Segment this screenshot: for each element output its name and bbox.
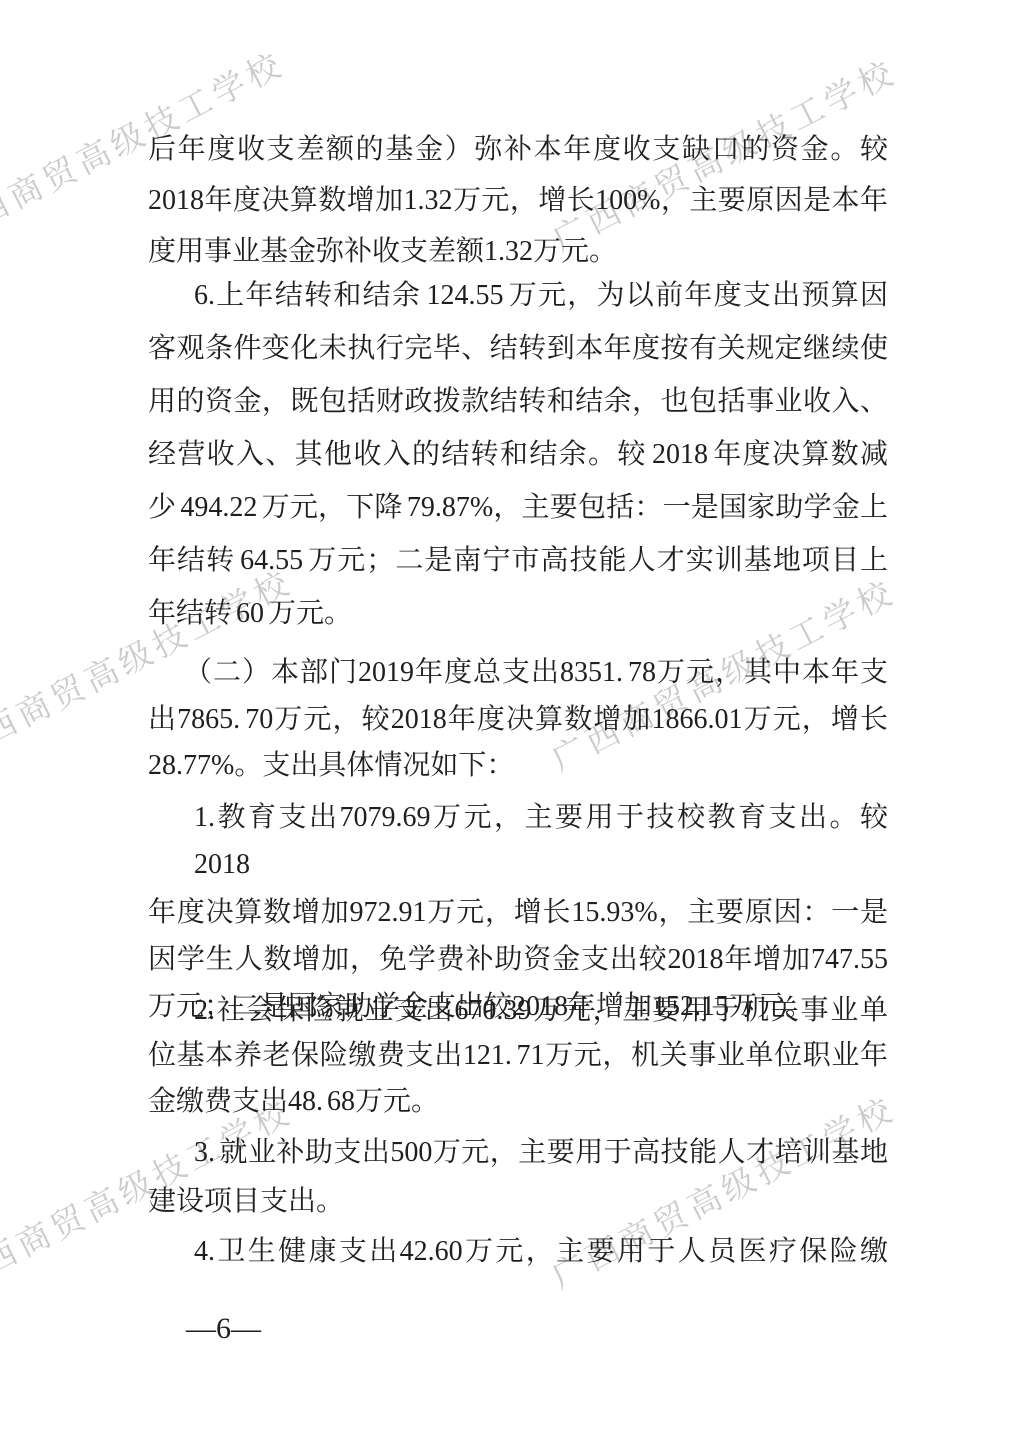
text-line: 经营收入、其他收入的结转和结余。较 2018 年度决算数减	[148, 428, 888, 481]
paragraph: 4.卫生健康支出42.60万元，主要用于人员医疗保险缴	[148, 1227, 888, 1276]
text-line: 出7865. 70万元，较2018年度决算数增加1866.01万元，增长	[148, 697, 888, 744]
text-line: 4.卫生健康支出42.60万元，主要用于人员医疗保险缴	[148, 1227, 888, 1276]
text-line: 后年度收支差额的基金）弥补本年度收支缺口的资金。较	[148, 124, 888, 175]
text-line: 年结转 60 万元。	[148, 587, 888, 640]
paragraph: 后年度收支差额的基金）弥补本年度收支缺口的资金。较 2018年度决算数增加1.3…	[148, 124, 888, 277]
text-line: 年结转 64.55 万元；二是南宁市高技能人才实训基地项目上	[148, 534, 888, 587]
document-page: 广西商贸高级技工学校 广西商贸高级技工学校 广西商贸高级技工学校 广西商贸高级技…	[0, 0, 1025, 1449]
paragraph: 6.上年结转和结余 124.55 万元，为以前年度支出预算因 客观条件变化未执行…	[148, 269, 888, 640]
text-line: 1.教育支出7079.69万元，主要用于技校教育支出。较2018	[148, 794, 888, 889]
text-line: 2018年度决算数增加1.32万元，增长100%，主要原因是本年	[148, 175, 888, 226]
text-line: 6.上年结转和结余 124.55 万元，为以前年度支出预算因	[148, 269, 888, 322]
text-line: 28.77%。支出具体情况如下：	[148, 743, 888, 790]
text-line: 年度决算数增加972.91万元，增长15.93%，主要原因：一是	[148, 889, 888, 936]
text-line: 3. 就业补助支出500万元，主要用于高技能人才培训基地	[148, 1128, 888, 1177]
paragraph: （二）本部门2019年度总支出8351. 78万元，其中本年支 出7865. 7…	[148, 650, 888, 790]
text-line: 客观条件变化未执行完毕、结转到本年度按有关规定继续使	[148, 322, 888, 375]
text-line: 位基本养老保险缴费支出121. 71万元，机关事业单位职业年	[148, 1033, 888, 1078]
text-line: 少 494.22 万元，下降 79.87%，主要包括：一是国家助学金上	[148, 481, 888, 534]
page-number: —6—	[186, 1312, 261, 1346]
text-line: （二）本部门2019年度总支出8351. 78万元，其中本年支	[148, 650, 888, 697]
paragraph: 2.社会保险就业支出670.39万元，主要用于机关事业单 位基本养老保险缴费支出…	[148, 988, 888, 1124]
text-line: 建设项目支出。	[148, 1177, 888, 1226]
text-line: 用的资金，既包括财政拨款结转和结余，也包括事业收入、	[148, 375, 888, 428]
text-line: 金缴费支出48. 68万元。	[148, 1079, 888, 1124]
paragraph: 3. 就业补助支出500万元，主要用于高技能人才培训基地 建设项目支出。	[148, 1128, 888, 1226]
text-line: 2.社会保险就业支出670.39万元，主要用于机关事业单	[148, 988, 888, 1033]
text-line: 因学生人数增加，免学费补助资金支出较2018年增加747.55	[148, 936, 888, 983]
